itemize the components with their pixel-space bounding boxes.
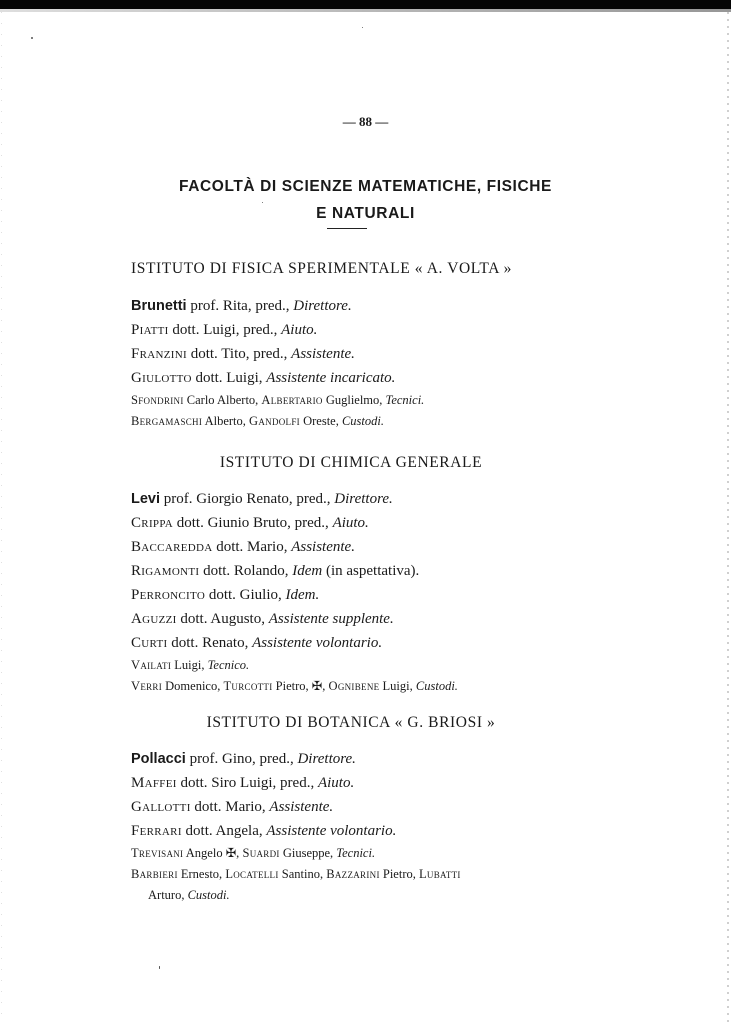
role: Tecnico. (208, 658, 250, 672)
role: Assistente supplente. (269, 611, 394, 627)
name-text: Pietro, (380, 867, 419, 881)
name-text: Arturo, (148, 888, 188, 902)
details: dott. Angela, (182, 823, 267, 839)
role: Custodi. (416, 679, 458, 693)
support-staff-line: Vailati Luigi, Tecnico. (131, 655, 571, 676)
name-text: Luigi, (379, 679, 415, 693)
section-chimica-generale: ISTITUTO DI CHIMICA GENERALELevi prof. G… (131, 453, 571, 697)
support-staff-line: Trevisani Angelo ✠, Suardi Giuseppe, Tec… (131, 843, 571, 864)
role: Aiuto. (318, 775, 354, 791)
staff-entry: Baccaredda dott. Mario, Assistente. (131, 535, 571, 559)
name-text: Carlo Alberto, (184, 393, 262, 407)
role: Aiuto. (333, 515, 369, 531)
scan-left-edge (1, 12, 2, 1024)
details: prof. Gino, pred., (186, 751, 298, 767)
staff-entry: Perroncito dott. Giulio, Idem. (131, 583, 571, 607)
surname: Crippa (131, 515, 173, 531)
staff-entry: Levi prof. Giorgio Renato, pred., Dirett… (131, 487, 571, 511)
name-text: Alberto, (202, 414, 249, 428)
surname: Bergamaschi (131, 414, 202, 428)
role: Tecnici. (336, 846, 375, 860)
details: dott. Luigi, (192, 370, 267, 386)
surname: Suardi (242, 846, 279, 860)
scan-top-border (0, 0, 731, 9)
faculty-title-line-1: FACOLTÀ DI SCIENZE MATEMATICHE, FISICHE (0, 173, 731, 200)
surname: Gandolfi (249, 414, 300, 428)
scan-right-edge (727, 12, 729, 1024)
details: dott. Giunio Bruto, pred., (173, 515, 333, 531)
staff-entry: Ferrari dott. Angela, Assistente volonta… (131, 819, 571, 843)
details: prof. Rita, pred., (187, 298, 294, 314)
role: Tecnici. (386, 393, 425, 407)
scan-top-border-shadow (0, 9, 731, 12)
support-staff-line: Arturo, Custodi. (131, 885, 571, 906)
surname: Pollacci (131, 751, 186, 767)
staff-entry: Crippa dott. Giunio Bruto, pred., Aiuto. (131, 511, 571, 535)
name-text: Ernesto, (178, 867, 226, 881)
page-number: — 88 — (0, 114, 731, 130)
title-rule (327, 228, 367, 229)
details: prof. Giorgio Renato, pred., (160, 491, 334, 507)
faculty-title-line-2: E NATURALI (0, 200, 731, 227)
section-botanica: ISTITUTO DI BOTANICA « G. BRIOSI »Pollac… (131, 713, 571, 906)
details: dott. Mario, (191, 799, 270, 815)
details: dott. Rolando, (199, 563, 292, 579)
surname: Piatti (131, 322, 169, 338)
name-text: Guglielmo, (323, 393, 386, 407)
surname: Gallotti (131, 799, 191, 815)
support-staff-line: Bergamaschi Alberto, Gandolfi Oreste, Cu… (131, 411, 571, 432)
name-text: Domenico, (162, 679, 223, 693)
role: Assistente volontario. (252, 635, 382, 651)
role: Idem. (286, 587, 320, 603)
staff-entry: Brunetti prof. Rita, pred., Direttore. (131, 294, 571, 318)
details: dott. Renato, (168, 635, 253, 651)
name-text: Oreste, (300, 414, 342, 428)
surname: Perroncito (131, 587, 205, 603)
staff-entry: Giulotto dott. Luigi, Assistente incaric… (131, 366, 571, 390)
surname: Baccaredda (131, 539, 212, 555)
role: Assistente volontario. (266, 823, 396, 839)
role: Custodi. (188, 888, 230, 902)
surname: Levi (131, 491, 160, 507)
surname: Maffei (131, 775, 177, 791)
surname: Turcotti (223, 679, 272, 693)
surname: Vailati (131, 658, 171, 672)
staff-entry: Piatti dott. Luigi, pred., Aiuto. (131, 318, 571, 342)
role: Aiuto. (281, 322, 317, 338)
surname: Ferrari (131, 823, 182, 839)
support-staff-line: Barbieri Ernesto, Locatelli Santino, Baz… (131, 864, 571, 885)
surname: Aguzzi (131, 611, 177, 627)
surname: Franzini (131, 346, 187, 362)
role: Direttore. (334, 491, 392, 507)
institute-heading: ISTITUTO DI BOTANICA « G. BRIOSI » (111, 713, 591, 733)
details: dott. Siro Luigi, pred., (177, 775, 318, 791)
scan-speck (159, 966, 160, 969)
staff-entry: Maffei dott. Siro Luigi, pred., Aiuto. (131, 771, 571, 795)
support-staff-line: Verri Domenico, Turcotti Pietro, ✠, Ogni… (131, 676, 571, 697)
name-text: Angelo ✠, (183, 846, 242, 860)
role: Direttore. (293, 298, 351, 314)
surname: Albertario (261, 393, 322, 407)
surname: Locatelli (225, 867, 278, 881)
scan-speck (31, 37, 33, 39)
support-staff-line: Sfondrini Carlo Alberto, Albertario Gugl… (131, 390, 571, 411)
details: dott. Mario, (212, 539, 291, 555)
role: Assistente. (291, 539, 355, 555)
surname: Brunetti (131, 298, 187, 314)
institute-heading: ISTITUTO DI FISICA SPERIMENTALE « A. VOL… (131, 259, 571, 279)
role: Custodi. (342, 414, 384, 428)
staff-entry: Curti dott. Renato, Assistente volontari… (131, 631, 571, 655)
section-fisica-sperimentale: ISTITUTO DI FISICA SPERIMENTALE « A. VOL… (131, 259, 571, 432)
surname: Ognibene (329, 679, 380, 693)
role: Direttore. (297, 751, 355, 767)
surname: Barbieri (131, 867, 178, 881)
details: dott. Luigi, pred., (169, 322, 282, 338)
role-note: (in aspettativa). (322, 563, 419, 579)
details: dott. Tito, pred., (187, 346, 291, 362)
name-text: Giuseppe, (280, 846, 337, 860)
details: dott. Giulio, (205, 587, 285, 603)
staff-entry: Gallotti dott. Mario, Assistente. (131, 795, 571, 819)
surname: Verri (131, 679, 162, 693)
surname: Rigamonti (131, 563, 199, 579)
surname: Lubatti (419, 867, 461, 881)
surname: Bazzarini (326, 867, 380, 881)
role: Idem (292, 563, 322, 579)
staff-entry: Rigamonti dott. Rolando, Idem (in aspett… (131, 559, 571, 583)
faculty-title: FACOLTÀ DI SCIENZE MATEMATICHE, FISICHE … (0, 173, 731, 227)
institute-heading: ISTITUTO DI CHIMICA GENERALE (111, 453, 591, 473)
staff-entry: Franzini dott. Tito, pred., Assistente. (131, 342, 571, 366)
surname: Sfondrini (131, 393, 184, 407)
scan-speck (362, 27, 363, 28)
name-text: Luigi, (171, 658, 207, 672)
surname: Giulotto (131, 370, 192, 386)
name-text: Pietro, ✠, (273, 679, 329, 693)
surname: Curti (131, 635, 168, 651)
details: dott. Augusto, (177, 611, 269, 627)
surname: Trevisani (131, 846, 183, 860)
role: Assistente incaricato. (266, 370, 395, 386)
staff-entry: Pollacci prof. Gino, pred., Direttore. (131, 747, 571, 771)
staff-entry: Aguzzi dott. Augusto, Assistente supplen… (131, 607, 571, 631)
role: Assistente. (291, 346, 355, 362)
role: Assistente. (269, 799, 333, 815)
name-text: Santino, (279, 867, 327, 881)
